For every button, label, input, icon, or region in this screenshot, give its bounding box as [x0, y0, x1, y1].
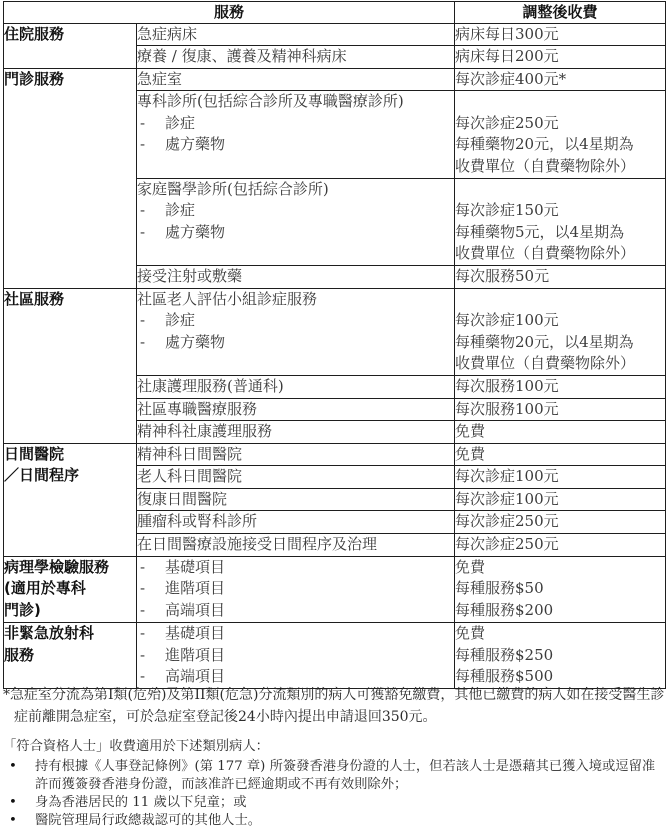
fee-value: 免費 — [455, 557, 665, 579]
list-item: • 身為香港居民的 11 歲以下兒童；或 — [3, 794, 665, 812]
blank-line — [455, 179, 665, 201]
service-label: 專科診所(包括綜合診所及專職醫療診所) — [137, 91, 454, 113]
blank-line — [137, 243, 454, 265]
fee-value: 每種藥物20元，以4星期為 — [455, 332, 665, 354]
category-label: 非緊急放射科 — [4, 623, 136, 645]
fee-value: 收費單位（自費藥物除外） — [455, 243, 665, 265]
bullet-icon: • — [3, 812, 35, 830]
header-service: 服務 — [4, 2, 455, 24]
fee-value: 每次診症100元 — [455, 466, 665, 488]
sub-item-label: 處方藥物 — [165, 222, 225, 244]
list-item-text: 醫院管理局行政總裁認可的其他人士。 — [35, 812, 665, 830]
category-inpatient: 住院服務 — [4, 24, 137, 69]
table-row: 門診服務 急症室 每次診症400元* — [4, 68, 666, 91]
service-cell: 社區老人評估小組診症服務 -診症 -處方藥物 — [137, 288, 455, 375]
sub-item: -診症 — [137, 310, 454, 332]
service-label: 腫瘤科或腎科診所 — [137, 511, 454, 533]
bullet-icon: • — [3, 758, 35, 794]
category-outpatient: 門診服務 — [4, 68, 137, 288]
bullet-icon: • — [3, 794, 35, 812]
dash-bullet-icon: - — [137, 332, 165, 354]
service-cell: 療養 / 復康、護養及精神科病床 — [137, 46, 455, 69]
eligibility-section: 「符合資格人士」收費適用於下述類別病人： • 持有根據《人事登記條例》(第 17… — [3, 738, 665, 830]
fee-value: 收費單位（自費藥物除外） — [455, 353, 665, 375]
dash-bullet-icon: - — [137, 557, 165, 579]
dash-bullet-icon: - — [137, 623, 165, 645]
dash-bullet-icon: - — [137, 600, 165, 622]
table-header-row: 服務 調整後收費 — [4, 2, 666, 24]
eligibility-intro: 「符合資格人士」收費適用於下述類別病人： — [3, 738, 665, 756]
fee-cell: 每次診症400元* — [455, 68, 666, 91]
fee-cell: 每次診症250元 — [455, 534, 666, 557]
sub-item-label: 診症 — [165, 113, 195, 135]
sub-item-label: 高端項目 — [165, 600, 225, 622]
service-cell: 社區專職醫療服務 — [137, 398, 455, 421]
sub-item-label: 處方藥物 — [165, 134, 225, 156]
table-row: 住院服務 急症病床 病床每日300元 — [4, 24, 666, 46]
fee-cell: 每次服務100元 — [455, 375, 666, 398]
fee-value: 每次診症100元 — [455, 489, 665, 511]
fee-value: 收費單位（自費藥物除外） — [455, 156, 665, 178]
table-row: 非緊急放射科 服務 -基礎項目 -進階項目 -高端項目 免費 每種服務$250 … — [4, 623, 666, 689]
sub-item-label: 基礎項目 — [165, 557, 225, 579]
fee-cell: 免費 — [455, 421, 666, 444]
sub-item: -診症 — [137, 200, 454, 222]
sub-item-label: 基礎項目 — [165, 623, 225, 645]
fee-value: 免費 — [455, 623, 665, 645]
fee-value: 每種藥物5元，以4星期為 — [455, 222, 665, 244]
fee-value: 每次服務50元 — [455, 266, 665, 288]
table-row: 社區服務 社區老人評估小組診症服務 -診症 -處方藥物 每次診症100元 每種藥… — [4, 288, 666, 375]
category-label: 住院服務 — [4, 24, 136, 46]
sub-item-label: 診症 — [165, 310, 195, 332]
blank-line — [137, 353, 454, 375]
service-cell: -基礎項目 -進階項目 -高端項目 — [137, 623, 455, 689]
sub-item: -進階項目 — [137, 645, 454, 667]
service-cell: 老人科日間醫院 — [137, 466, 455, 489]
sub-item: -處方藥物 — [137, 222, 454, 244]
category-community: 社區服務 — [4, 288, 137, 443]
fee-cell: 免費 — [455, 443, 666, 466]
dash-bullet-icon: - — [137, 134, 165, 156]
fee-value: 每次診症100元 — [455, 310, 665, 332]
category-label: 服務 — [4, 645, 136, 667]
service-label: 家庭醫學診所(包括綜合診所) — [137, 179, 454, 201]
fee-cell: 免費 每種服務$250 每種服務$500 — [455, 623, 666, 689]
service-cell: 家庭醫學診所(包括綜合診所) -診症 -處方藥物 — [137, 178, 455, 265]
dash-bullet-icon: - — [137, 310, 165, 332]
fee-cell: 每次診症250元 每種藥物20元，以4星期為 收費單位（自費藥物除外） — [455, 91, 666, 178]
footnote: *急症室分流為第I類(危殆)及第II類(危急)分流類別的病人可獲豁免繳費，其他已… — [3, 684, 665, 728]
category-label: 社區服務 — [4, 289, 136, 311]
blank-line — [455, 91, 665, 113]
fee-cell: 病床每日300元 — [455, 24, 666, 46]
category-label: 病理學檢驗服務 — [4, 557, 136, 579]
category-label: 日間醫院 — [4, 444, 136, 466]
service-label: 急症病床 — [137, 24, 454, 45]
fee-cell: 每次診症250元 — [455, 511, 666, 534]
fee-value: 免費 — [455, 421, 665, 443]
service-label: 接受注射或敷藥 — [137, 266, 454, 288]
list-item: • 持有根據《人事登記條例》(第 177 章) 所簽發香港身份證的人士，但若該人… — [3, 758, 665, 794]
fee-value: 每次診症150元 — [455, 200, 665, 222]
fee-cell: 每次服務50元 — [455, 265, 666, 288]
service-cell: 急症室 — [137, 68, 455, 91]
fee-cell: 病床每日200元 — [455, 46, 666, 69]
fee-cell: 每次診症150元 每種藥物5元，以4星期為 收費單位（自費藥物除外） — [455, 178, 666, 265]
dash-bullet-icon: - — [137, 645, 165, 667]
list-item-text: 持有根據《人事登記條例》(第 177 章) 所簽發香港身份證的人士，但若該人士是… — [35, 758, 665, 794]
category-label: (適用於專科 — [4, 578, 136, 600]
fee-value: 每次服務100元 — [455, 399, 665, 421]
fee-value: 每次診症250元 — [455, 511, 665, 533]
service-cell: 在日間醫療設施接受日間程序及治理 — [137, 534, 455, 557]
blank-line — [455, 289, 665, 311]
sub-item: -高端項目 — [137, 600, 454, 622]
table-row: 日間醫院 ／日間程序 精神科日間醫院 免費 — [4, 443, 666, 466]
sub-item: -基礎項目 — [137, 623, 454, 645]
service-cell: 腫瘤科或腎科診所 — [137, 511, 455, 534]
service-label: 社康護理服務(普通科) — [137, 376, 454, 398]
fee-value: 每次診症250元 — [455, 113, 665, 135]
category-radiology: 非緊急放射科 服務 — [4, 623, 137, 689]
fee-table: 服務 調整後收費 住院服務 急症病床 病床每日300元 療養 / 復康、護養及精… — [3, 1, 666, 689]
fee-value: 每次診症250元 — [455, 534, 665, 556]
header-fee: 調整後收費 — [455, 2, 666, 24]
fee-cell: 每次服務100元 — [455, 398, 666, 421]
category-pathology: 病理學檢驗服務 (適用於專科 門診) — [4, 556, 137, 622]
sub-item: -處方藥物 — [137, 134, 454, 156]
sub-item-label: 進階項目 — [165, 645, 225, 667]
service-label: 社區專職醫療服務 — [137, 399, 454, 421]
category-label: 門診) — [4, 600, 136, 622]
service-label: 急症室 — [137, 69, 454, 91]
service-cell: 專科診所(包括綜合診所及專職醫療診所) -診症 -處方藥物 — [137, 91, 455, 178]
table-row: 病理學檢驗服務 (適用於專科 門診) -基礎項目 -進階項目 -高端項目 免費 … — [4, 556, 666, 622]
sub-item: -基礎項目 — [137, 557, 454, 579]
service-cell: 復康日間醫院 — [137, 488, 455, 511]
fee-value: 每種藥物20元，以4星期為 — [455, 134, 665, 156]
service-label: 療養 / 復康、護養及精神科病床 — [137, 46, 454, 68]
sub-item-label: 處方藥物 — [165, 332, 225, 354]
dash-bullet-icon: - — [137, 222, 165, 244]
eligibility-list: • 持有根據《人事登記條例》(第 177 章) 所簽發香港身份證的人士，但若該人… — [3, 758, 665, 830]
fee-value: 每次服務100元 — [455, 376, 665, 398]
dash-bullet-icon: - — [137, 113, 165, 135]
list-item: • 醫院管理局行政總裁認可的其他人士。 — [3, 812, 665, 830]
fee-value: 免費 — [455, 444, 665, 466]
list-item-text: 身為香港居民的 11 歲以下兒童；或 — [35, 794, 665, 812]
category-label: ／日間程序 — [4, 465, 136, 487]
category-day-hospital: 日間醫院 ／日間程序 — [4, 443, 137, 556]
service-label: 老人科日間醫院 — [137, 466, 454, 488]
service-label: 精神科社康護理服務 — [137, 421, 454, 443]
service-cell: 精神科日間醫院 — [137, 443, 455, 466]
category-label: 門診服務 — [4, 69, 136, 91]
fee-cell: 免費 每種服務$50 每種服務$200 — [455, 556, 666, 622]
service-cell: 社康護理服務(普通科) — [137, 375, 455, 398]
fee-value: 病床每日200元 — [455, 46, 665, 68]
service-label: 社區老人評估小組診症服務 — [137, 289, 454, 311]
service-label: 精神科日間醫院 — [137, 444, 454, 466]
sub-item: -處方藥物 — [137, 332, 454, 354]
service-cell: -基礎項目 -進階項目 -高端項目 — [137, 556, 455, 622]
fee-cell: 每次診症100元 每種藥物20元，以4星期為 收費單位（自費藥物除外） — [455, 288, 666, 375]
blank-line — [137, 156, 454, 178]
fee-cell: 每次診症100元 — [455, 466, 666, 489]
fee-value: 每種服務$250 — [455, 645, 665, 667]
service-label: 在日間醫療設施接受日間程序及治理 — [137, 534, 454, 556]
service-cell: 急症病床 — [137, 24, 455, 46]
service-cell: 精神科社康護理服務 — [137, 421, 455, 444]
sub-item: -診症 — [137, 113, 454, 135]
fee-value: 每次診症400元* — [455, 69, 665, 91]
dash-bullet-icon: - — [137, 200, 165, 222]
sub-item: -進階項目 — [137, 578, 454, 600]
sub-item-label: 進階項目 — [165, 578, 225, 600]
fee-value: 每種服務$50 — [455, 578, 665, 600]
fee-value: 每種服務$200 — [455, 600, 665, 622]
dash-bullet-icon: - — [137, 578, 165, 600]
fee-cell: 每次診症100元 — [455, 488, 666, 511]
service-label: 復康日間醫院 — [137, 489, 454, 511]
service-cell: 接受注射或敷藥 — [137, 265, 455, 288]
sub-item-label: 診症 — [165, 200, 195, 222]
fee-value: 病床每日300元 — [455, 24, 665, 45]
